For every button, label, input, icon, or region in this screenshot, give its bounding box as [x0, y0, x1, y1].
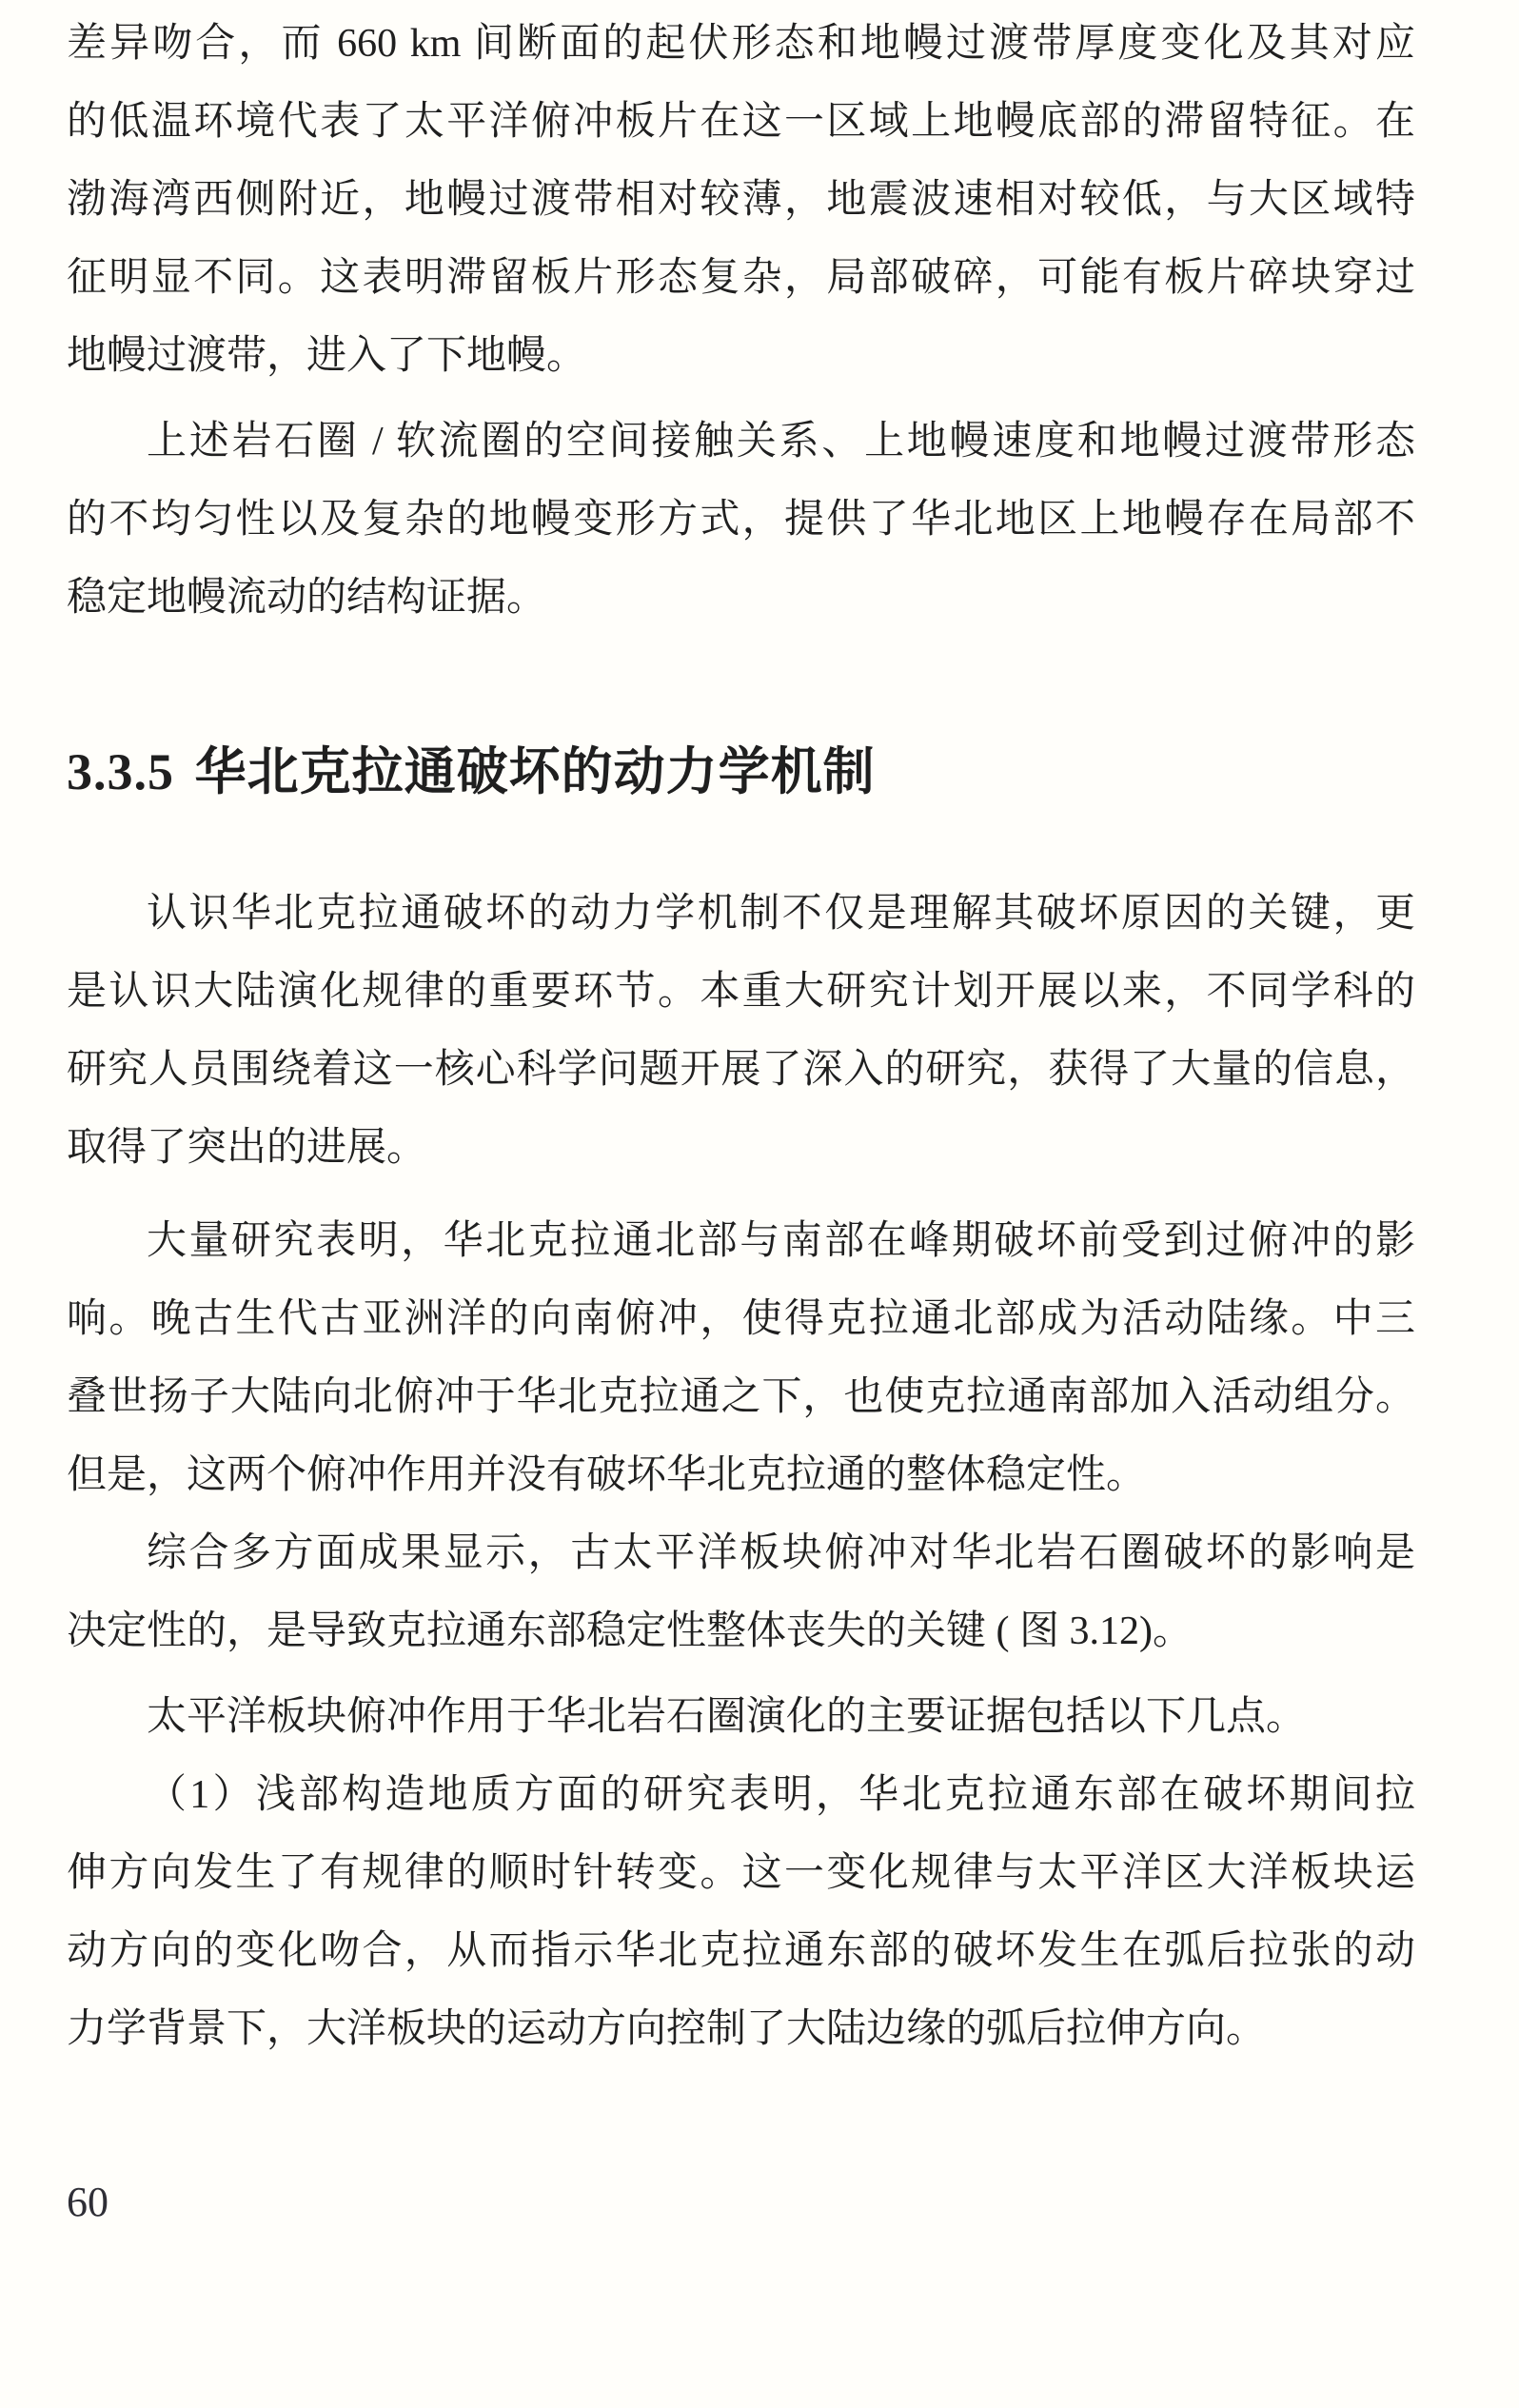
- text-line: 研究人员围绕着这一核心科学问题开展了深入的研究，获得了大量的信息，: [67, 1031, 1415, 1109]
- text-line: 力学背景下，大洋板块的运动方向控制了大陆边缘的弧后拉伸方向。: [67, 1990, 1415, 2068]
- text-line: 太平洋板块俯冲作用于华北岩石圈演化的主要证据包括以下几点。: [67, 1678, 1415, 1756]
- document-page: 差异吻合，而 660 km 间断面的起伏形态和地幔过渡带厚度变化及其对应 的低温…: [0, 0, 1519, 2408]
- text-line: 大量研究表明，华北克拉通北部与南部在峰期破坏前受到过俯冲的影: [67, 1202, 1415, 1280]
- text-line: 动方向的变化吻合，从而指示华北克拉通东部的破坏发生在弧后拉张的动: [67, 1912, 1415, 1990]
- text-line: 的低温环境代表了太平洋俯冲板片在这一区域上地幔底部的滞留特征。在: [67, 83, 1415, 161]
- text-line: 的不均匀性以及复杂的地幔变形方式，提供了华北地区上地幔存在局部不: [67, 481, 1415, 559]
- paragraph: 认识华北克拉通破坏的动力学机制不仅是理解其破坏原因的关键，更 是认识大陆演化规律…: [67, 875, 1415, 1187]
- section-title: 华北克拉通破坏的动力学机制: [195, 743, 876, 800]
- text-line: 伸方向发生了有规律的顺时针转变。这一变化规律与太平洋区大洋板块运: [67, 1834, 1415, 1912]
- paragraph: 综合多方面成果显示，古太平洋板块俯冲对华北岩石圈破坏的影响是 决定性的，是导致克…: [67, 1514, 1415, 1670]
- text-line: （1）浅部构造地质方面的研究表明，华北克拉通东部在破坏期间拉: [67, 1756, 1415, 1834]
- text-line: 差异吻合，而 660 km 间断面的起伏形态和地幔过渡带厚度变化及其对应: [67, 5, 1415, 83]
- text-line: 渤海湾西侧附近，地幔过渡带相对较薄，地震波速相对较低，与大区域特: [67, 161, 1415, 239]
- page-number: 60: [67, 2179, 1415, 2226]
- paragraph: 太平洋板块俯冲作用于华北岩石圈演化的主要证据包括以下几点。: [67, 1678, 1415, 1756]
- text-line: 取得了突出的进展。: [67, 1109, 1415, 1187]
- text-line: 是认识大陆演化规律的重要环节。本重大研究计划开展以来，不同学科的: [67, 953, 1415, 1031]
- text-line: 认识华北克拉通破坏的动力学机制不仅是理解其破坏原因的关键，更: [67, 875, 1415, 953]
- page-content: 差异吻合，而 660 km 间断面的起伏形态和地幔过渡带厚度变化及其对应 的低温…: [0, 0, 1519, 2226]
- paragraph: 上述岩石圈 / 软流圈的空间接触关系、上地幔速度和地幔过渡带形态 的不均匀性以及…: [67, 403, 1415, 637]
- text-line: 综合多方面成果显示，古太平洋板块俯冲对华北岩石圈破坏的影响是: [67, 1514, 1415, 1592]
- text-line: 但是，这两个俯冲作用并没有破坏华北克拉通的整体稳定性。: [67, 1436, 1415, 1514]
- text-line: 决定性的，是导致克拉通东部稳定性整体丧失的关键 ( 图 3.12)。: [67, 1592, 1415, 1670]
- section-heading: 3.3.5华北克拉通破坏的动力学机制: [67, 739, 1415, 805]
- paragraph: 大量研究表明，华北克拉通北部与南部在峰期破坏前受到过俯冲的影 响。晚古生代古亚洲…: [67, 1202, 1415, 1514]
- paragraph: （1）浅部构造地质方面的研究表明，华北克拉通东部在破坏期间拉 伸方向发生了有规律…: [67, 1756, 1415, 2068]
- text-line: 征明显不同。这表明滞留板片形态复杂，局部破碎，可能有板片碎块穿过: [67, 239, 1415, 317]
- section-number: 3.3.5: [67, 743, 174, 800]
- paragraph: 差异吻合，而 660 km 间断面的起伏形态和地幔过渡带厚度变化及其对应 的低温…: [67, 5, 1415, 395]
- text-line: 上述岩石圈 / 软流圈的空间接触关系、上地幔速度和地幔过渡带形态: [67, 403, 1415, 481]
- text-line: 地幔过渡带，进入了下地幔。: [67, 317, 1415, 395]
- text-line: 稳定地幔流动的结构证据。: [67, 559, 1415, 637]
- text-line: 响。晚古生代古亚洲洋的向南俯冲，使得克拉通北部成为活动陆缘。中三: [67, 1280, 1415, 1358]
- text-line: 叠世扬子大陆向北俯冲于华北克拉通之下，也使克拉通南部加入活动组分。: [67, 1358, 1415, 1436]
